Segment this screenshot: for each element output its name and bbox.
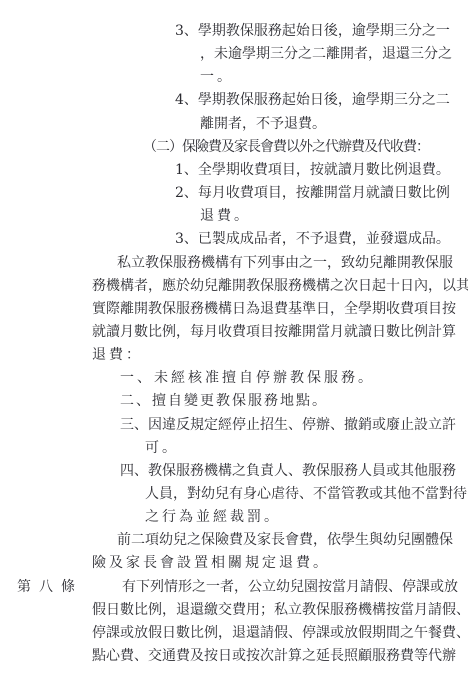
line-text: 一。: [200, 67, 234, 87]
text-line: 一、未經核准擅自停辦教保服務。: [0, 368, 468, 388]
line-text: 4、學期教保服務起始日後，逾學期三分之二: [175, 90, 438, 110]
text-line: 前二項幼兒之保險費及家長會費，依學生與幼兒團體保: [0, 530, 468, 550]
line-text: 一、未經核准擅自停辦教保服務。: [120, 368, 375, 388]
line-text: 可。: [145, 438, 179, 458]
line-text: 3、已製成成品者，不予退費，並發還成品。: [175, 229, 438, 249]
line-text: 就讀月數比例，每月收費項目按離開當月就讀日數比例計算: [92, 322, 438, 342]
text-line: ，未逾學期三分之二離開者，退還三分之: [0, 44, 468, 64]
line-text: 實際離開教保服務機構日為退費基準日，全學期收費項目按: [92, 299, 438, 319]
line-text: 私立教保服務機構有下列事由之一，致幼兒離開教保服: [117, 253, 438, 273]
line-text: 2、每月收費項目，按離開當月就讀日數比例: [175, 183, 438, 203]
line-text: 四、教保服務機構之負責人、教保服務人員或其他服務: [120, 461, 438, 481]
text-line: 退費：: [0, 345, 468, 365]
line-text: 離開者，不予退費。: [200, 114, 326, 134]
text-line: 私立教保服務機構有下列事由之一，致幼兒離開教保服: [0, 253, 468, 273]
text-line: 可。: [0, 438, 468, 458]
text-line: 2、每月收費項目，按離開當月就讀日數比例: [0, 183, 468, 203]
text-line: 4、學期教保服務起始日後，逾學期三分之二: [0, 90, 468, 110]
text-line: 一。: [0, 67, 468, 87]
line-text: 點心費、交通費及按日或按次計算之延長照顧服務費等代辦: [92, 646, 438, 666]
line-text: ，未逾學期三分之二離開者，退還三分之: [200, 44, 438, 64]
line-text: 1、全學期收費項目，按就讀月數比例退費。: [175, 160, 438, 180]
text-line: 人員，對幼兒有身心虐待、不當管教或其他不當對待: [0, 484, 468, 504]
line-text: （二）保險費及家長會費以外之代辦費及代收費：: [143, 137, 429, 157]
text-line: 實際離開教保服務機構日為退費基準日，全學期收費項目按: [0, 299, 468, 319]
line-text: 假日數比例，退還繳交費用；私立教保服務機構按當月請假、: [92, 600, 438, 620]
line-text: 人員，對幼兒有身心虐待、不當管教或其他不當對待: [145, 484, 438, 504]
text-line: 離開者，不予退費。: [0, 114, 468, 134]
line-text: 務機構者，應於幼兒離開教保服務機構之次日起十日內，以其: [92, 276, 438, 296]
article-number-label: 第八條: [17, 577, 83, 597]
line-text: 退費：: [92, 345, 143, 365]
line-text: 3、學期教保服務起始日後，逾學期三分之一: [175, 21, 438, 41]
document-page: 3、學期教保服務起始日後，逾學期三分之一，未逾學期三分之二離開者，退還三分之一。…: [0, 0, 468, 700]
text-line: 停課或放假日數比例，退還請假、停課或放假期間之午餐費、: [0, 623, 468, 643]
text-line: 假日數比例，退還繳交費用；私立教保服務機構按當月請假、: [0, 600, 468, 620]
line-text: 停課或放假日數比例，退還請假、停課或放假期間之午餐費、: [92, 623, 438, 643]
line-text: 之行為並經裁罰。: [145, 507, 281, 527]
line-text: 二、擅自變更教保服務地點。: [120, 391, 328, 411]
line-text: 前二項幼兒之保險費及家長會費，依學生與幼兒團體保: [117, 530, 438, 550]
text-line: 1、全學期收費項目，按就讀月數比例退費。: [0, 160, 468, 180]
text-line: 之行為並經裁罰。: [0, 507, 468, 527]
text-line: 就讀月數比例，每月收費項目按離開當月就讀日數比例計算: [0, 322, 468, 342]
line-text: 退費。: [200, 206, 251, 226]
text-line: 退費。: [0, 206, 468, 226]
line-text: 有下列情形之一者，公立幼兒園按當月請假、停課或放: [122, 577, 438, 597]
text-line: （二）保險費及家長會費以外之代辦費及代收費：: [0, 137, 468, 157]
line-text: 險及家長會設置相關規定退費。: [92, 553, 330, 573]
text-line: 點心費、交通費及按日或按次計算之延長照顧服務費等代辦: [0, 646, 468, 666]
text-line: 3、已製成成品者，不予退費，並發還成品。: [0, 229, 468, 249]
text-line: 四、教保服務機構之負責人、教保服務人員或其他服務: [0, 461, 468, 481]
text-line: 三、因違反規定經停止招生、停辦、撤銷或廢止設立許: [0, 415, 468, 435]
text-line: 險及家長會設置相關規定退費。: [0, 553, 468, 573]
text-line: 務機構者，應於幼兒離開教保服務機構之次日起十日內，以其: [0, 276, 468, 296]
text-line: 3、學期教保服務起始日後，逾學期三分之一: [0, 21, 468, 41]
text-line: 第八條有下列情形之一者，公立幼兒園按當月請假、停課或放: [0, 577, 468, 597]
line-text: 三、因違反規定經停止招生、停辦、撤銷或廢止設立許: [120, 415, 438, 435]
text-line: 二、擅自變更教保服務地點。: [0, 391, 468, 411]
